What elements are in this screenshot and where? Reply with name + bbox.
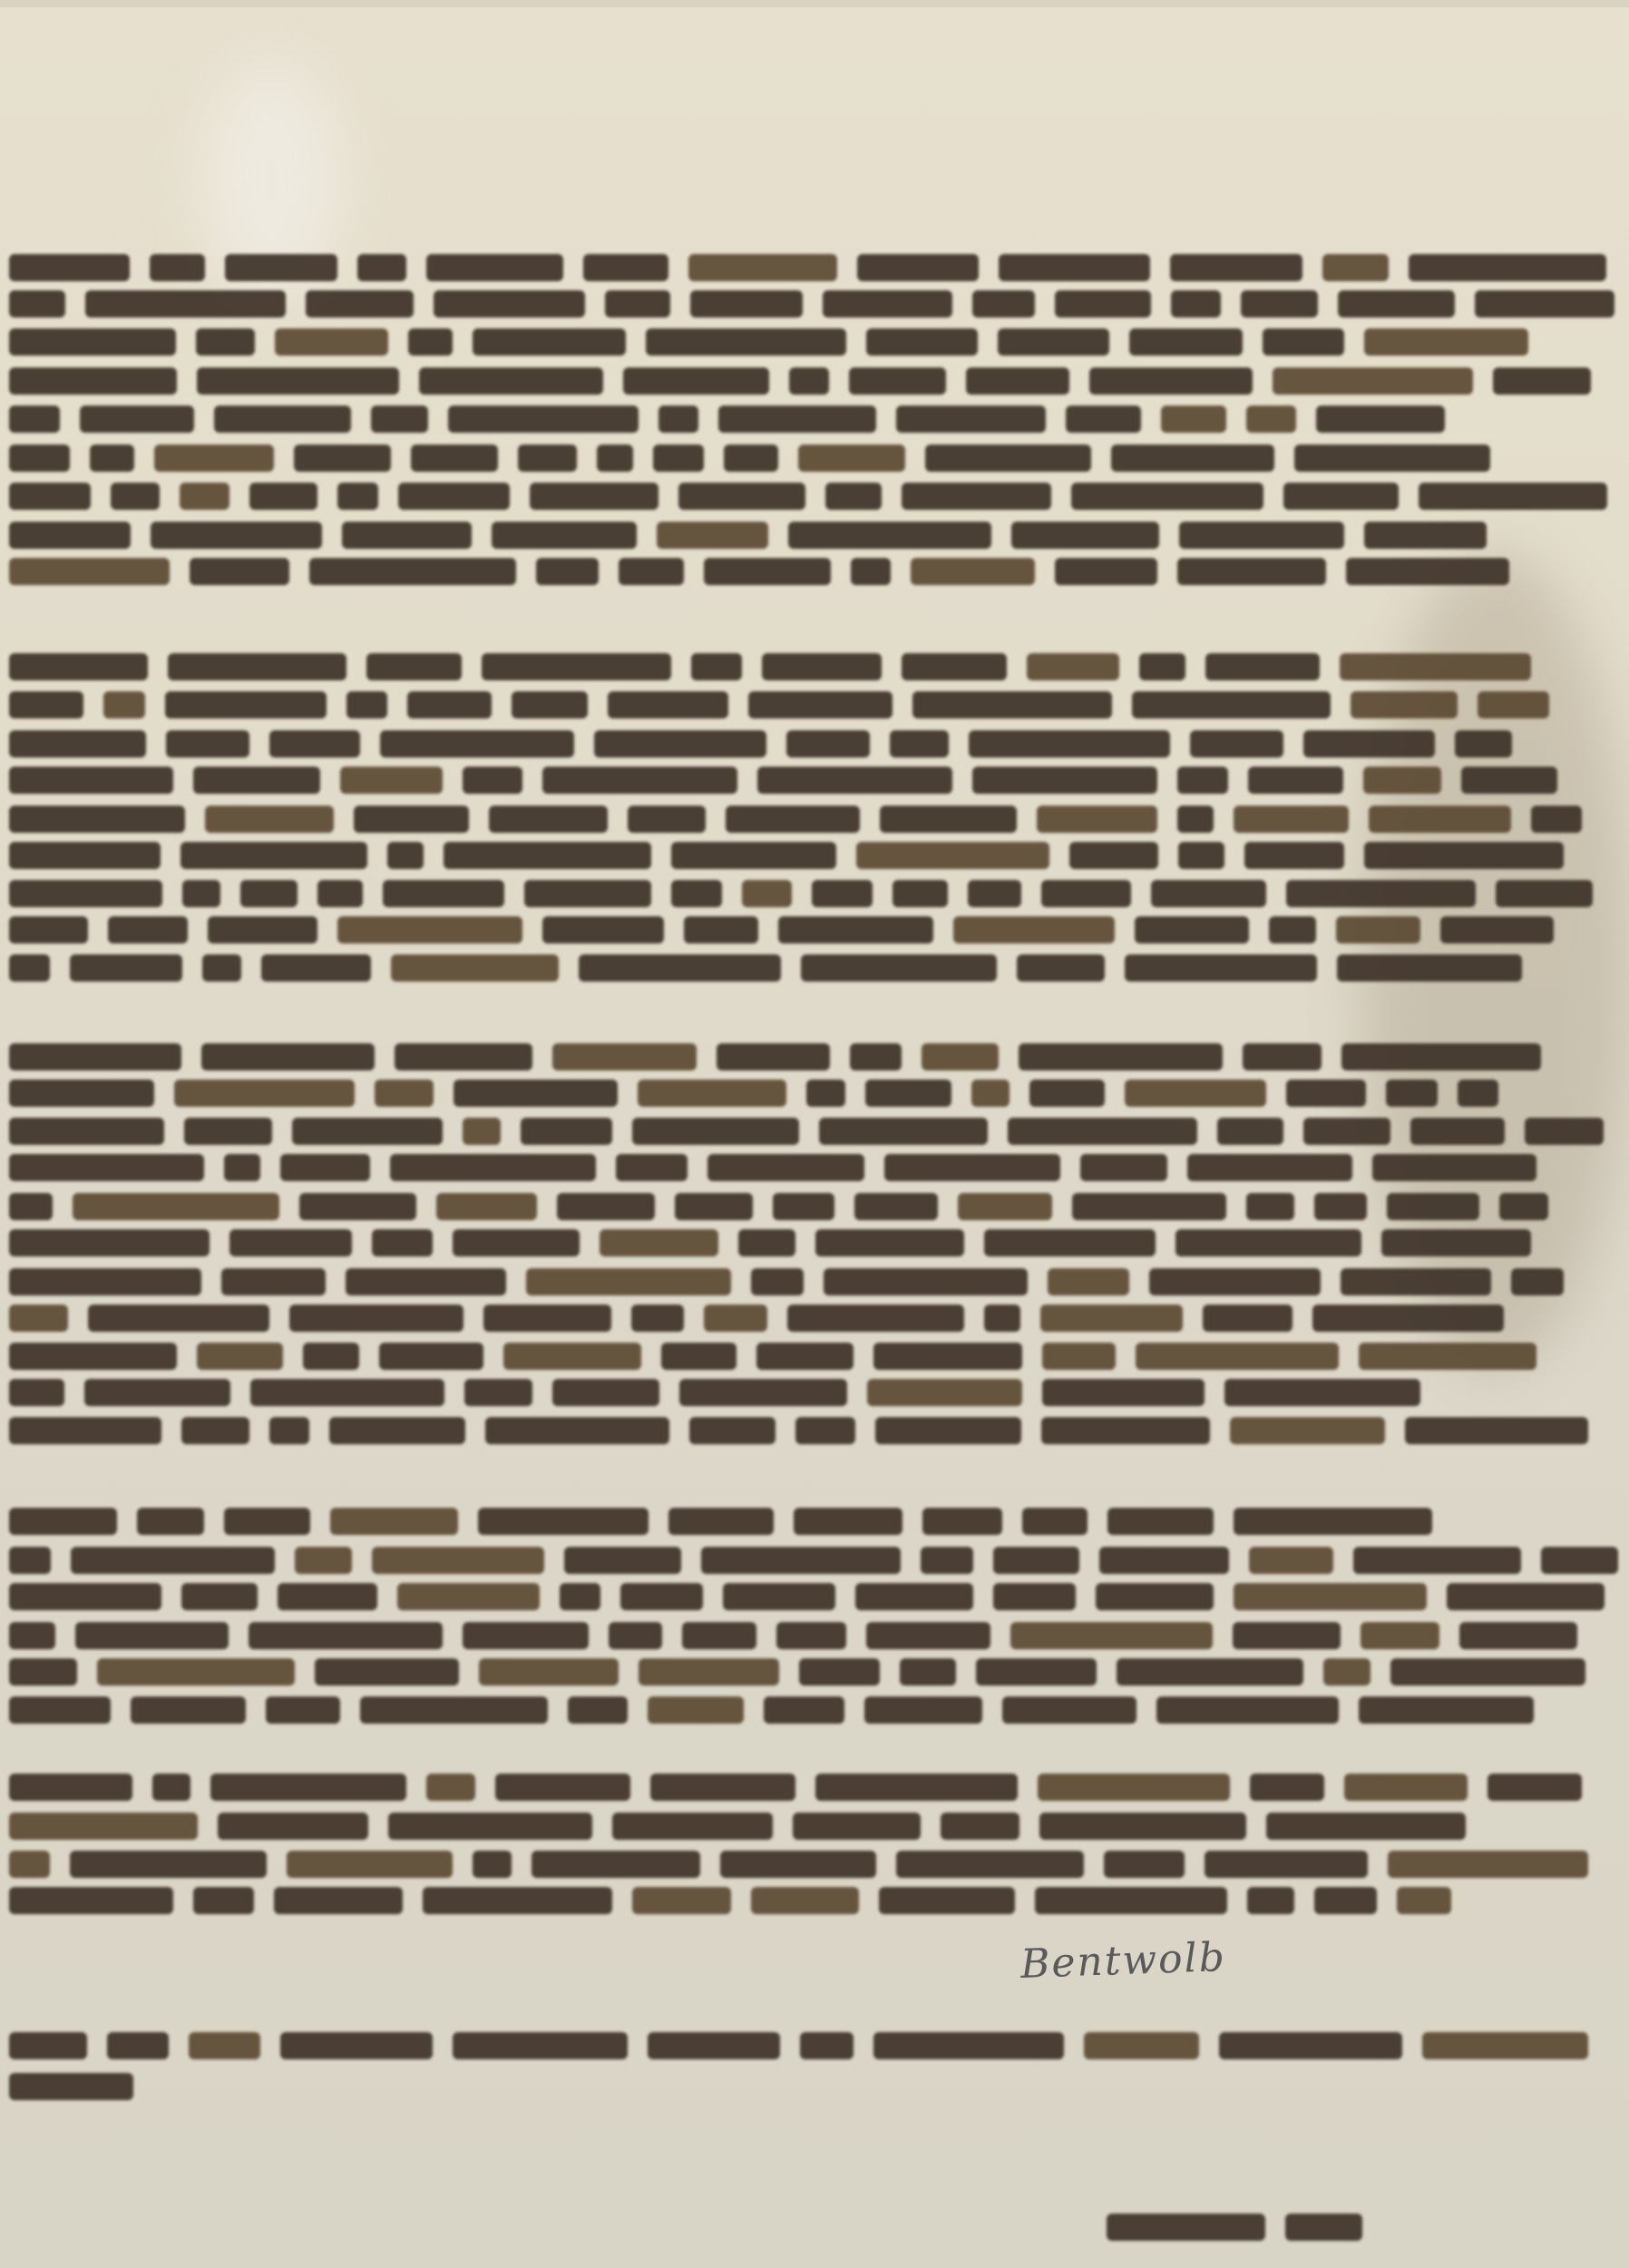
illegible-word <box>1035 1887 1227 1914</box>
illegible-word <box>1525 1118 1604 1145</box>
illegible-word <box>701 1547 901 1574</box>
illegible-word <box>900 1658 956 1686</box>
illegible-word <box>9 653 148 680</box>
illegible-word <box>762 653 882 680</box>
illegible-word <box>1359 1696 1534 1724</box>
illegible-word <box>911 558 1035 585</box>
illegible-word <box>1363 767 1441 794</box>
illegible-word <box>1187 1154 1352 1181</box>
illegible-word <box>583 254 668 281</box>
illegible-word <box>650 1774 795 1801</box>
illegible-word <box>9 767 173 794</box>
illegible-word <box>9 1417 161 1444</box>
illegible-word <box>9 1774 132 1801</box>
illegible-word <box>485 1417 669 1444</box>
illegible-word <box>9 842 161 869</box>
text-line <box>9 1545 1618 1576</box>
illegible-word <box>675 1193 753 1220</box>
illegible-word <box>896 1851 1084 1878</box>
illegible-word <box>9 806 185 833</box>
illegible-word <box>1111 445 1274 472</box>
illegible-word <box>9 254 130 281</box>
illegible-word <box>668 1508 774 1535</box>
illegible-word <box>1364 842 1564 869</box>
text-line <box>9 878 1593 909</box>
illegible-word <box>764 1696 844 1724</box>
illegible-word <box>340 767 443 794</box>
illegible-word <box>1478 691 1549 719</box>
illegible-word <box>107 2032 169 2059</box>
illegible-word <box>372 1547 544 1574</box>
illegible-word <box>357 254 406 281</box>
illegible-word <box>166 730 249 758</box>
illegible-word <box>210 1774 406 1801</box>
illegible-word <box>1219 2032 1402 2059</box>
illegible-word <box>1066 406 1141 433</box>
illegible-word <box>1084 2032 1199 2059</box>
illegible-word <box>379 1343 483 1370</box>
illegible-word <box>1346 558 1509 585</box>
illegible-word <box>623 367 769 395</box>
illegible-word <box>612 1813 773 1840</box>
illegible-word <box>1104 1851 1185 1878</box>
illegible-word <box>724 445 778 472</box>
text-line <box>9 288 1614 319</box>
illegible-word <box>684 916 758 943</box>
illegible-word <box>202 954 241 982</box>
illegible-word <box>165 691 327 719</box>
illegible-word <box>742 880 792 907</box>
illegible-word <box>407 691 492 719</box>
illegible-word <box>671 842 836 869</box>
illegible-word <box>1136 1343 1339 1370</box>
illegible-word <box>726 806 860 833</box>
illegible-word <box>9 730 146 758</box>
illegible-word <box>9 1154 204 1181</box>
illegible-word <box>9 2032 87 2059</box>
illegible-word <box>1249 1547 1333 1574</box>
illegible-word <box>679 1379 847 1406</box>
illegible-word <box>479 1658 619 1686</box>
illegible-word <box>717 1043 830 1070</box>
illegible-word <box>411 445 498 472</box>
illegible-word <box>542 916 664 943</box>
illegible-word <box>9 1508 117 1535</box>
illegible-word <box>890 730 949 758</box>
illegible-word <box>444 842 651 869</box>
illegible-word <box>1011 522 1159 549</box>
illegible-word <box>691 653 742 680</box>
text-line <box>9 443 1490 474</box>
illegible-word <box>619 558 684 585</box>
illegible-word <box>448 406 639 433</box>
illegible-word <box>482 653 671 680</box>
illegible-word <box>201 1043 375 1070</box>
illegible-word <box>9 483 91 510</box>
illegible-word <box>646 328 846 356</box>
illegible-word <box>806 1080 845 1107</box>
illegible-word <box>972 767 1157 794</box>
illegible-word <box>193 1887 254 1914</box>
illegible-word <box>137 1508 204 1535</box>
illegible-word <box>224 1508 310 1535</box>
illegible-word <box>857 254 979 281</box>
illegible-word <box>1071 483 1263 510</box>
illegible-word <box>1010 1622 1213 1649</box>
illegible-word <box>1017 954 1105 982</box>
illegible-word <box>478 1508 649 1535</box>
illegible-word <box>638 1080 786 1107</box>
illegible-word <box>648 1696 744 1724</box>
illegible-word <box>372 1229 433 1256</box>
illegible-word <box>9 954 50 982</box>
illegible-word <box>866 328 978 356</box>
illegible-word <box>330 1508 458 1535</box>
illegible-word <box>608 691 728 719</box>
illegible-word <box>426 254 563 281</box>
illegible-word <box>704 558 831 585</box>
illegible-word <box>269 730 360 758</box>
illegible-word <box>9 367 177 395</box>
illegible-word <box>366 653 462 680</box>
illegible-word <box>896 406 1046 433</box>
illegible-word <box>984 1305 1020 1332</box>
illegible-word <box>552 1043 697 1070</box>
illegible-word <box>1338 290 1455 318</box>
illegible-word <box>800 2032 854 2059</box>
illegible-word <box>9 1813 198 1840</box>
document-page: Bentwolb <box>0 7 1629 2268</box>
illegible-word <box>190 558 289 585</box>
text-line <box>9 1581 1605 1612</box>
illegible-word <box>1381 1229 1531 1256</box>
illegible-word <box>1203 1305 1292 1332</box>
illegible-word <box>1353 1547 1521 1574</box>
illegible-word <box>1125 1080 1266 1107</box>
illegible-word <box>463 1622 589 1649</box>
illegible-word <box>1312 1305 1504 1332</box>
illegible-word <box>287 1851 453 1878</box>
illegible-word <box>819 1118 988 1145</box>
illegible-word <box>292 1118 443 1145</box>
text-line <box>9 1078 1498 1109</box>
illegible-word <box>426 1774 475 1801</box>
illegible-word <box>902 653 1007 680</box>
illegible-word <box>205 806 334 833</box>
illegible-word <box>1364 522 1487 549</box>
illegible-word <box>1217 1118 1283 1145</box>
illegible-word <box>879 1887 1015 1914</box>
illegible-word <box>1386 1080 1438 1107</box>
illegible-word <box>536 558 599 585</box>
illegible-word <box>925 445 1091 472</box>
illegible-word <box>560 1583 600 1610</box>
illegible-word <box>921 1547 973 1574</box>
illegible-word <box>229 1229 352 1256</box>
illegible-word <box>9 406 60 433</box>
illegible-word <box>794 1508 902 1535</box>
text-line <box>9 252 1606 283</box>
illegible-word <box>371 406 428 433</box>
illegible-word <box>1387 1193 1479 1220</box>
illegible-word <box>532 1851 700 1878</box>
illegible-word <box>530 483 658 510</box>
illegible-word <box>1541 1547 1618 1574</box>
illegible-word <box>208 916 317 943</box>
illegible-word <box>266 1696 340 1724</box>
illegible-word <box>9 558 170 585</box>
illegible-word <box>1069 842 1158 869</box>
illegible-word <box>1458 1080 1498 1107</box>
text-line <box>9 1657 1585 1687</box>
text-line <box>9 1041 1541 1072</box>
illegible-word <box>1037 806 1157 833</box>
illegible-word <box>280 2032 433 2059</box>
illegible-word <box>1039 1813 1246 1840</box>
illegible-word <box>1179 522 1344 549</box>
illegible-word <box>9 1118 164 1145</box>
illegible-word <box>337 483 378 510</box>
illegible-word <box>1250 1774 1324 1801</box>
illegible-word <box>600 1229 718 1256</box>
illegible-word <box>1419 483 1607 510</box>
illegible-word <box>1151 880 1266 907</box>
illegible-word <box>97 1658 295 1686</box>
illegible-word <box>317 880 363 907</box>
illegible-word <box>221 1268 326 1295</box>
text-line <box>9 2030 1588 2061</box>
illegible-word <box>454 1080 618 1107</box>
illegible-word <box>1096 1583 1214 1610</box>
illegible-word <box>9 328 176 356</box>
illegible-word <box>492 522 637 549</box>
illegible-word <box>1230 1417 1385 1444</box>
illegible-word <box>1511 1268 1564 1295</box>
illegible-word <box>1314 1193 1367 1220</box>
illegible-word <box>1135 916 1249 943</box>
illegible-word <box>1171 290 1221 318</box>
illegible-word <box>85 290 286 318</box>
illegible-word <box>275 328 388 356</box>
illegible-word <box>9 1547 51 1574</box>
illegible-word <box>1246 1193 1294 1220</box>
illegible-word <box>671 880 722 907</box>
illegible-word <box>495 1774 630 1801</box>
illegible-word <box>824 1268 1028 1295</box>
illegible-word <box>342 522 472 549</box>
text-line <box>9 1506 1432 1537</box>
illegible-word <box>1409 254 1606 281</box>
illegible-word <box>84 1379 230 1406</box>
illegible-word <box>108 916 188 943</box>
illegible-word <box>1359 1343 1536 1370</box>
illegible-word <box>189 2032 260 2059</box>
illegible-word <box>1286 1080 1366 1107</box>
illegible-word <box>1447 1583 1605 1610</box>
illegible-word <box>902 483 1051 510</box>
illegible-word <box>1361 1622 1439 1649</box>
illegible-word <box>875 1417 1021 1444</box>
illegible-word <box>9 1583 161 1610</box>
illegible-word <box>391 954 559 982</box>
illegible-word <box>707 1154 864 1181</box>
illegible-word <box>346 691 387 719</box>
illegible-word <box>778 916 933 943</box>
illegible-word <box>80 406 194 433</box>
text-line <box>9 327 1528 357</box>
illegible-word <box>1042 1343 1116 1370</box>
illegible-word <box>941 1813 1019 1840</box>
illegible-word <box>70 1851 267 1878</box>
illegible-word <box>1303 730 1435 758</box>
illegible-word <box>423 1887 612 1914</box>
illegible-word <box>653 445 704 472</box>
illegible-word <box>9 1379 64 1406</box>
illegible-word <box>597 445 633 472</box>
illegible-word <box>812 880 873 907</box>
illegible-word <box>1008 1118 1197 1145</box>
illegible-word <box>75 1622 229 1649</box>
illegible-word <box>197 367 399 395</box>
illegible-word <box>1022 1508 1088 1535</box>
illegible-word <box>912 691 1112 719</box>
illegible-word <box>620 1583 703 1610</box>
illegible-word <box>922 1508 1002 1535</box>
illegible-word <box>295 1547 352 1574</box>
illegible-word <box>9 691 83 719</box>
illegible-word <box>1125 954 1317 982</box>
illegible-word <box>9 290 65 318</box>
illegible-word <box>180 842 367 869</box>
text-line <box>9 953 1522 983</box>
text-line <box>9 1620 1577 1651</box>
illegible-word <box>90 445 134 472</box>
illegible-word <box>756 1343 854 1370</box>
illegible-word <box>526 1268 731 1295</box>
illegible-word <box>787 1305 964 1332</box>
illegible-word <box>9 1622 55 1649</box>
illegible-word <box>294 445 391 472</box>
illegible-word <box>1244 842 1344 869</box>
illegible-word <box>249 483 317 510</box>
illegible-word <box>1072 1193 1226 1220</box>
illegible-word <box>463 767 522 794</box>
illegible-word <box>1322 254 1389 281</box>
illegible-word <box>1177 558 1326 585</box>
illegible-word <box>873 1343 1022 1370</box>
illegible-word <box>521 1118 612 1145</box>
illegible-word <box>1266 1813 1466 1840</box>
illegible-word <box>224 1154 260 1181</box>
illegible-word <box>303 1343 359 1370</box>
illegible-word <box>1341 1268 1491 1295</box>
illegible-word <box>387 842 424 869</box>
illegible-word <box>1170 254 1302 281</box>
illegible-word <box>395 1043 532 1070</box>
illegible-word <box>1019 1043 1223 1070</box>
illegible-word <box>1190 730 1283 758</box>
illegible-word <box>1286 880 1476 907</box>
illegible-word <box>1248 767 1343 794</box>
illegible-word <box>9 916 88 943</box>
illegible-word <box>9 1851 50 1878</box>
illegible-word <box>720 1851 876 1878</box>
illegible-word <box>1038 1774 1230 1801</box>
illegible-word <box>1132 691 1331 719</box>
illegible-word <box>88 1305 269 1332</box>
illegible-word <box>1440 916 1554 943</box>
illegible-word <box>408 328 453 356</box>
illegible-word <box>503 1343 641 1370</box>
illegible-word <box>489 806 608 833</box>
illegible-word <box>1149 1268 1321 1295</box>
illegible-word <box>757 767 952 794</box>
illegible-word <box>152 1774 190 1801</box>
illegible-word <box>751 1887 859 1914</box>
illegible-word <box>473 1851 512 1878</box>
illegible-word <box>1107 2214 1265 2241</box>
illegible-word <box>9 1887 173 1914</box>
illegible-word <box>315 1658 459 1686</box>
illegible-word <box>1397 1887 1451 1914</box>
illegible-word <box>196 328 255 356</box>
illegible-word <box>390 1154 596 1181</box>
illegible-word <box>1496 880 1593 907</box>
illegible-word <box>73 1193 279 1220</box>
illegible-word <box>180 483 229 510</box>
illegible-word <box>1048 1268 1129 1295</box>
illegible-word <box>9 1305 68 1332</box>
illegible-word <box>383 880 504 907</box>
illegible-word <box>453 2032 628 2059</box>
illegible-word <box>1263 328 1344 356</box>
illegible-word <box>1323 1658 1371 1686</box>
illegible-word <box>1177 767 1228 794</box>
illegible-word <box>867 1379 1022 1406</box>
illegible-word <box>1080 1154 1167 1181</box>
illegible-word <box>849 367 946 395</box>
illegible-word <box>823 290 952 318</box>
illegible-word <box>1422 2032 1588 2059</box>
text-line <box>9 914 1554 945</box>
illegible-word <box>1341 1043 1541 1070</box>
illegible-word <box>154 445 274 472</box>
illegible-word <box>1336 916 1420 943</box>
illegible-word <box>168 653 346 680</box>
illegible-word <box>851 558 891 585</box>
illegible-word <box>815 1774 1018 1801</box>
illegible-word <box>1234 1583 1427 1610</box>
illegible-word <box>1388 1851 1588 1878</box>
text-line <box>9 804 1582 835</box>
illegible-word <box>419 367 603 395</box>
illegible-word <box>151 522 322 549</box>
illegible-word <box>289 1305 463 1332</box>
illegible-word <box>1246 406 1296 433</box>
illegible-word <box>524 880 651 907</box>
illegible-word <box>1233 1622 1341 1649</box>
illegible-word <box>1283 483 1399 510</box>
illegible-word <box>658 406 698 433</box>
illegible-word <box>269 1417 309 1444</box>
illegible-word <box>375 1080 434 1107</box>
illegible-word <box>1205 1851 1368 1878</box>
illegible-word <box>884 1154 1060 1181</box>
illegible-word <box>1243 1043 1322 1070</box>
illegible-word <box>1205 653 1320 680</box>
illegible-word <box>1369 806 1511 833</box>
illegible-word <box>1099 1547 1229 1574</box>
